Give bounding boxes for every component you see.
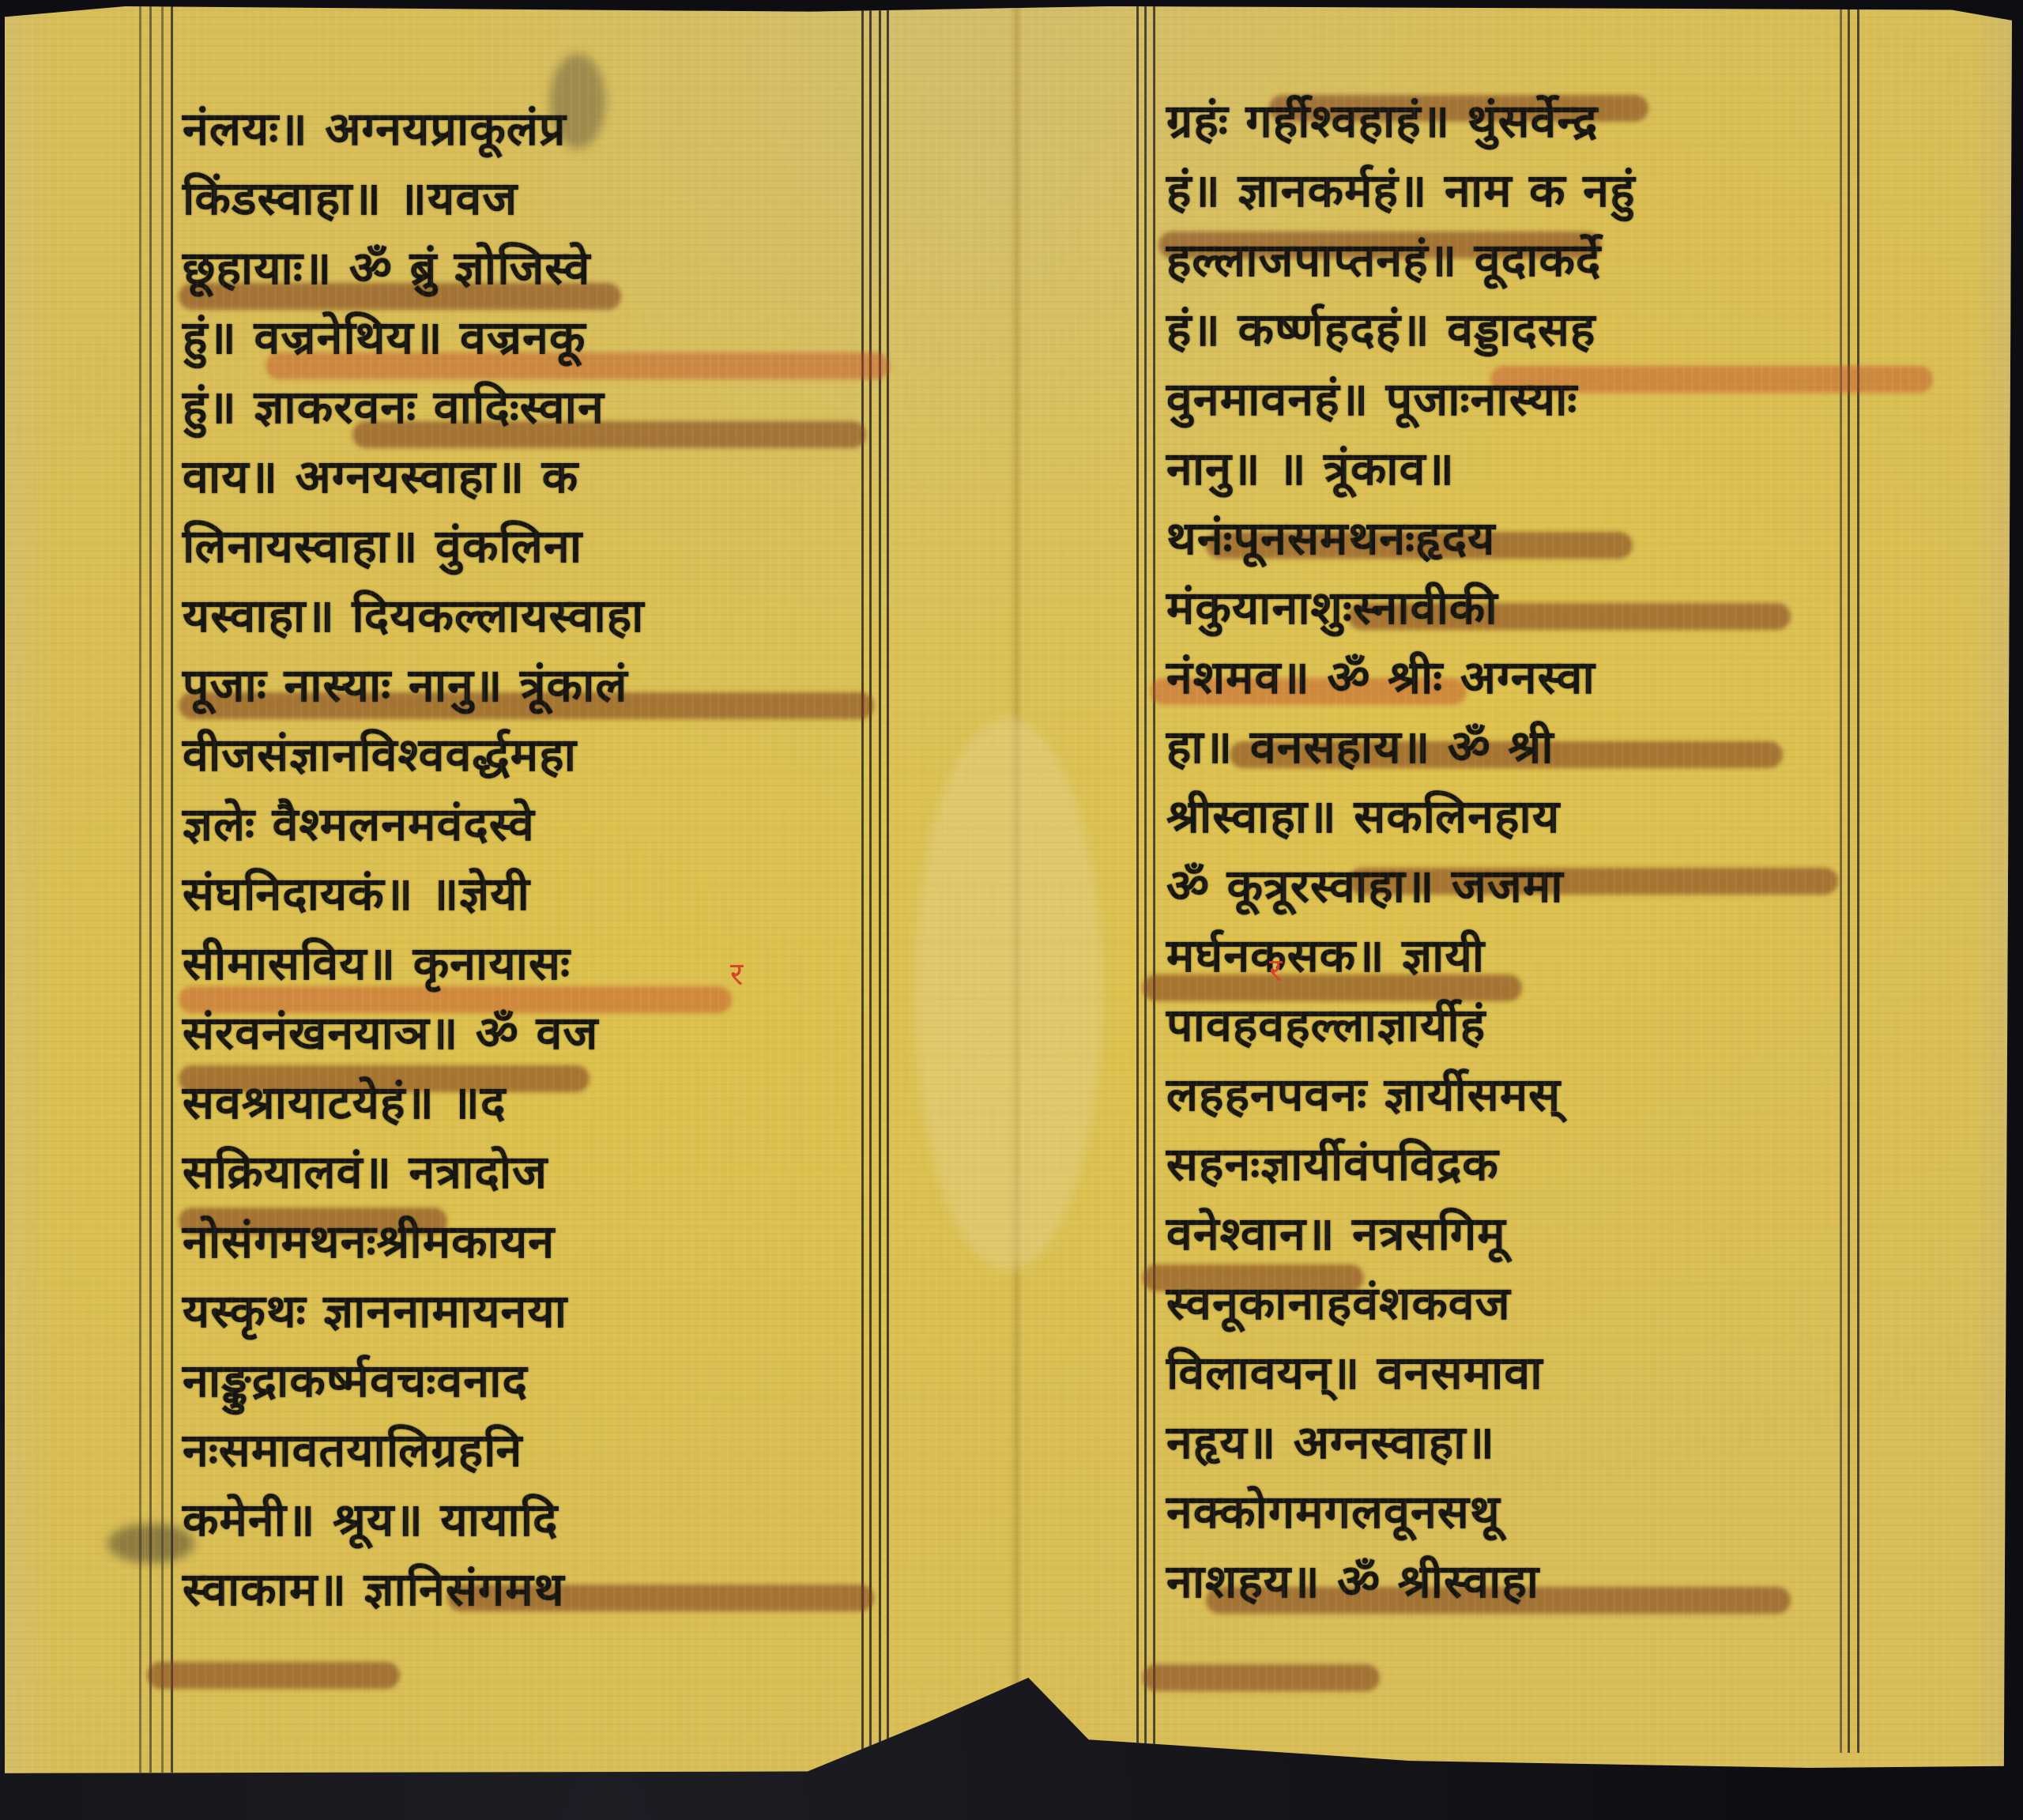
text-line: यस्कृथः ज्ञाननामायनया bbox=[183, 1283, 567, 1339]
right-inner-rule bbox=[1144, 6, 1147, 1745]
text-highlight bbox=[1490, 366, 1933, 393]
text-highlight bbox=[1143, 1664, 1380, 1691]
manuscript-folio: नंलयः॥ अग्नयप्राकूलंप्र किंडस्वाहा॥ ॥यवज… bbox=[5, 6, 2012, 1775]
text-line: पूजाः नास्याः नानु॥ त्रूंकालं bbox=[183, 658, 628, 713]
text-line: छूहायाः॥ ॐ ब्रुं ज्ञोजिस्वे bbox=[183, 240, 590, 296]
text-line: वीजसंज्ञानविश्ववर्द्धमहा bbox=[183, 727, 577, 782]
text-highlight bbox=[1206, 532, 1633, 559]
text-highlight bbox=[179, 692, 874, 719]
left-inner-rule bbox=[861, 6, 864, 1773]
text-line: हं॥ ज्ञानकर्महं॥ नाम क नहुं bbox=[1166, 163, 1636, 218]
smudge-left bbox=[107, 1524, 194, 1563]
red-marginal-mark: र bbox=[730, 951, 743, 994]
text-line: स्वाकाम॥ ज्ञानिसंगमथ bbox=[183, 1562, 565, 1617]
text-highlight bbox=[1269, 95, 1648, 122]
text-line: नंशमव॥ ॐ श्रीः अग्नस्वा bbox=[1166, 650, 1595, 705]
text-line: कमेनी॥ श्रूय॥ यायादि bbox=[183, 1492, 558, 1547]
text-highlight bbox=[447, 1584, 874, 1611]
text-highlight bbox=[1230, 741, 1783, 768]
text-line: नहृय॥ अग्नस्वाहा॥ bbox=[1166, 1415, 1495, 1470]
left-margin-rule bbox=[161, 6, 164, 1773]
right-inner-rule bbox=[1153, 6, 1155, 1745]
text-line: नंलयः॥ अग्नयप्राकूलंप्र bbox=[183, 101, 567, 156]
text-highlight bbox=[179, 986, 732, 1013]
text-line: ॐ कूत्रूरस्वाहा॥ जजमा bbox=[1166, 858, 1564, 914]
text-highlight bbox=[1348, 603, 1791, 630]
text-line: हुं॥ वज्रनेथिय॥ वज्रनकू bbox=[183, 310, 586, 365]
text-line: हं॥ कर्ष्णहदहं॥ वड्डादसह bbox=[1166, 302, 1595, 357]
right-inner-rule bbox=[1136, 6, 1139, 1745]
text-line: नाङ्कुद्राकर्ष्मवचःवनाद bbox=[183, 1353, 528, 1408]
text-line: नाशहय॥ ॐ श्रीस्वाहा bbox=[1166, 1554, 1539, 1609]
text-line: वुनमावनहं॥ पूजाःनास्याः bbox=[1166, 371, 1577, 427]
text-line: वाय॥ अग्नयस्वाहा॥ क bbox=[183, 449, 578, 504]
text-line: श्रीस्वाहा॥ सकलिनहाय bbox=[1166, 789, 1560, 844]
text-line: हा॥ वनसहाय॥ ॐ श्री bbox=[1166, 719, 1554, 774]
right-margin-rule bbox=[1848, 6, 1850, 1753]
center-fold-crease bbox=[1010, 6, 1023, 1775]
text-line: मर्घनकसक॥ ज्ञायी bbox=[1166, 928, 1485, 983]
text-highlight bbox=[1143, 974, 1522, 1001]
text-line: सहनःज्ञार्यीवंपविद्रक bbox=[1166, 1136, 1499, 1192]
left-inner-rule bbox=[869, 6, 872, 1773]
top-stain bbox=[550, 54, 605, 149]
text-highlight bbox=[147, 1662, 400, 1689]
text-line: नक्कोगमगलवूनसथू bbox=[1166, 1484, 1501, 1539]
text-highlight bbox=[1143, 1264, 1364, 1291]
right-margin-rule bbox=[1840, 6, 1842, 1753]
text-line: संघनिदायकं॥ ॥ज्ञेयी bbox=[183, 866, 530, 921]
text-highlight bbox=[179, 283, 621, 310]
left-margin-rule bbox=[171, 6, 173, 1773]
text-highlight bbox=[1158, 232, 1601, 258]
text-line: सक्रियालवं॥ नत्रादोज bbox=[183, 1144, 548, 1200]
text-line: वनेश्वान॥ नत्रसगिमू bbox=[1166, 1206, 1506, 1261]
text-highlight bbox=[1151, 678, 1467, 705]
text-highlight bbox=[179, 1208, 447, 1234]
text-line: ज्ञलेः वैश्मलनमवंदस्वे bbox=[183, 797, 535, 852]
text-line: किंडस्वाहा॥ ॥यवज bbox=[183, 171, 518, 226]
text-line: पावहवहल्लाज्ञार्यीहं bbox=[1166, 997, 1486, 1053]
red-marginal-mark: र bbox=[1269, 947, 1282, 990]
text-line: सीमासविय॥ कृनायासः bbox=[183, 936, 571, 991]
text-line: थनंःपूनसमथनःहृदय bbox=[1166, 511, 1495, 566]
text-line: मंकुयानाशुःस्नावीकी bbox=[1166, 580, 1498, 635]
right-margin-rule bbox=[1857, 6, 1859, 1753]
text-line: ग्रहंः गर्हीश्वहाहं॥ थुंसर्वेन्द्र bbox=[1166, 93, 1598, 149]
text-highlight bbox=[179, 1065, 590, 1092]
text-highlight bbox=[1206, 1587, 1791, 1614]
left-margin-rule bbox=[149, 6, 152, 1773]
text-line: नःसमावतयालिग्रहनि bbox=[183, 1422, 522, 1478]
left-inner-rule bbox=[879, 6, 881, 1773]
text-line: स्वनूकानाहवंशकवज bbox=[1166, 1276, 1511, 1331]
left-margin-rule bbox=[139, 6, 141, 1773]
text-line: लहहनपवनः ज्ञार्यीसमस् bbox=[1166, 1067, 1561, 1122]
text-line: यस्वाहा॥ दियकल्लायस्वाहा bbox=[183, 588, 644, 643]
text-line: विलावयन्॥ वनसमावा bbox=[1166, 1345, 1543, 1400]
text-line: हल्लाजपाप्तनहं॥ वूदाकर्दे bbox=[1166, 232, 1601, 288]
text-highlight bbox=[266, 352, 890, 379]
text-highlight bbox=[1348, 868, 1838, 895]
text-line: लिनायस्वाहा॥ वुंकलिना bbox=[183, 518, 582, 574]
text-line: संरवनंखनयाञ॥ ॐ वज bbox=[183, 1005, 598, 1061]
text-line: सवश्रायाटयेहं॥ ॥द bbox=[183, 1075, 506, 1130]
text-line: नानु॥ ॥ त्रूंकाव॥ bbox=[1166, 441, 1455, 496]
text-line: हुं॥ ज्ञाकरवनः वादिःस्वान bbox=[183, 379, 605, 435]
text-line: नोसंगमथनःश्रीमकायन bbox=[183, 1214, 555, 1269]
light-patch-gutter bbox=[914, 718, 1103, 1271]
left-inner-rule bbox=[887, 6, 889, 1773]
text-highlight bbox=[352, 421, 866, 448]
